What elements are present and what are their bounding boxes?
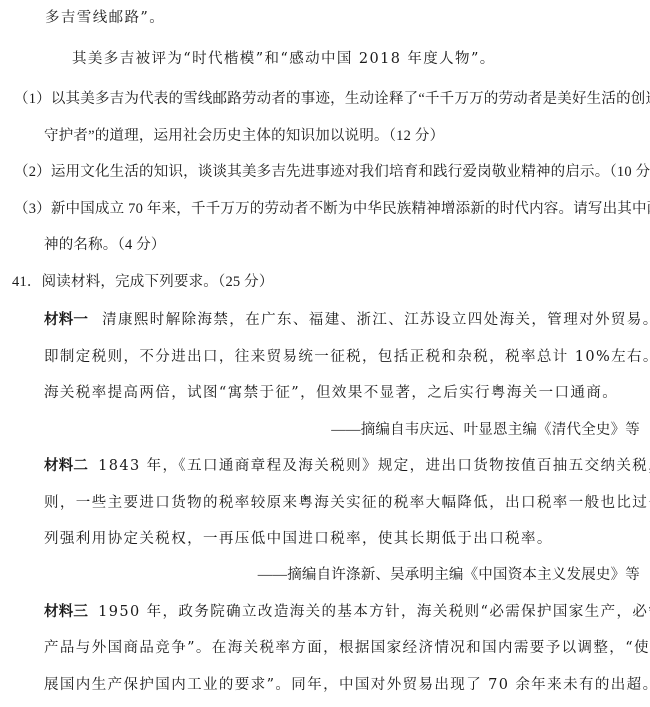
material-1-line1: 清康熙时解除海禁，在广东、福建、浙江、江苏设立四处海关，管理对外贸易。海关设置后 (102, 312, 650, 328)
material-2-line2: 则，一些主要进口货物的税率较原来粤海关实征的税率大幅降低，出口税率一般也比过去降… (44, 493, 650, 513)
material-3-label: 材料三 (44, 604, 88, 620)
material-1-label: 材料一 (44, 312, 88, 328)
q40-sub3-line1: （3）新中国成立 70 年来，千千万万的劳动者不断为中华民族精神增添新的时代内容… (14, 199, 650, 219)
material-1-line3: 海关税率提高两倍，试图“寓禁于征”，但效果不显著，之后实行粤海关一口通商。 (44, 383, 618, 403)
q41-heading: 41．阅读材料，完成下列要求。（25 分） (12, 272, 274, 292)
material-1-source: ——摘编自韦庆远、叶显恩主编《清代全史》等 (331, 420, 640, 440)
material-3-line1: 1950 年，政务院确立改造海关的基本方针，海关税则“必需保护国家生产，必需保护… (98, 604, 650, 620)
material-2-source: ——摘编自许涤新、吴承明主编《中国资本主义发展史》等 (258, 565, 640, 585)
material-2-line1: 1843 年，《五口通商章程及海关税则》规定，进出口货物按值百抽五交纳关税，根据… (98, 458, 650, 474)
q40-sub2: （2）运用文化生活的知识，谈谈其美多吉先进事迹对我们培育和践行爱岗敬业精神的启示… (14, 162, 650, 182)
material-2-label: 材料二 (44, 458, 88, 474)
material-1-line2: 即制定税则，不分进出口，往来贸易统一征税，包括正税和杂税，税率总计 10%左右。… (44, 347, 650, 367)
q40-sub1-line2: 守护者”的道理，运用社会历史主体的知识加以说明。（12 分） (44, 126, 444, 146)
material-3-line2: 产品与外国商品竞争”。在海关税率方面，根据国家经济情况和国内需要予以调整，“使其… (44, 638, 650, 658)
q40-sub1-line1: （1）以其美多吉为代表的雪线邮路劳动者的事迹，生动诠释了“千千万万的劳动者是美好… (14, 89, 650, 109)
material-3-line3: 展国内生产保护国内工业的要求”。同年，中国对外贸易出现了 70 余年来未有的出超… (44, 675, 650, 695)
intro-tail: 多吉雪线邮路”。 (45, 8, 165, 28)
q40-sub3-line2: 神的名称。（4 分） (44, 235, 166, 255)
material-2-line3: 列强利用协定关税权，一再压低中国进口税率，使其长期低于出口税率。 (44, 529, 553, 549)
intro-paragraph: 其美多吉被评为“时代楷模”和“感动中国 2018 年度人物”。 (72, 49, 496, 69)
